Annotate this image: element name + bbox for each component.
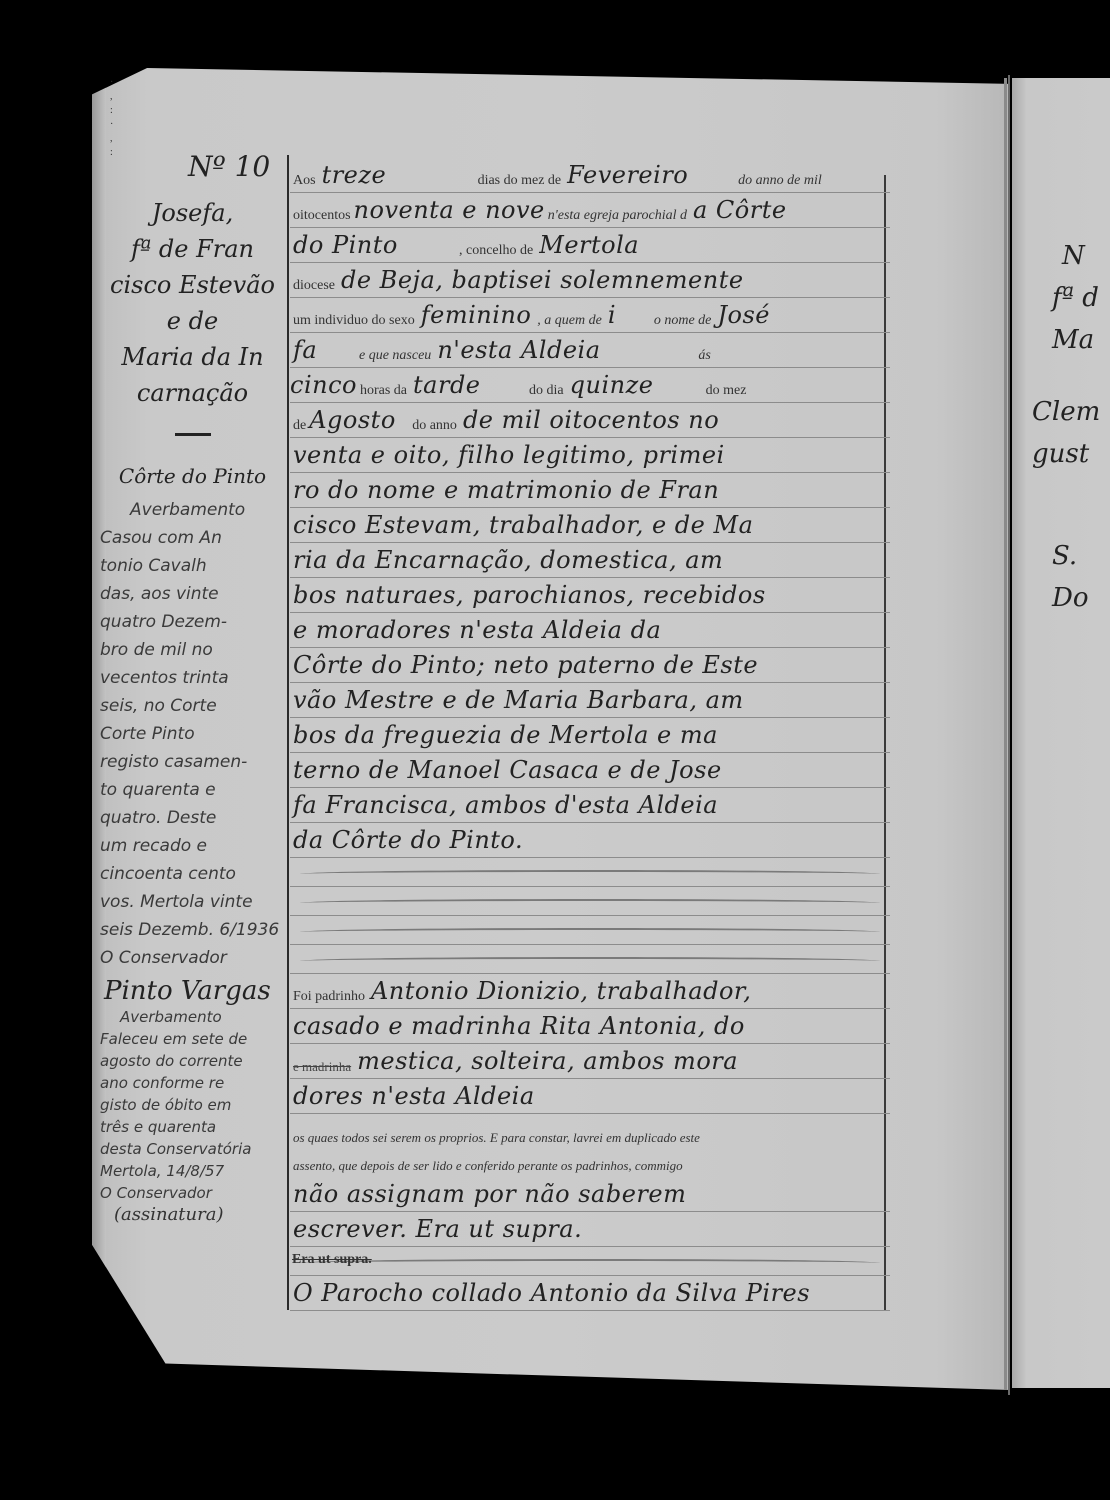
- margin-name-line: carnação: [100, 375, 285, 411]
- margin-divider: [175, 433, 211, 436]
- record-line: oitocentos noventa e nove n'esta egreja …: [290, 193, 890, 228]
- record-line: um individuo do sexo feminino , a quem d…: [290, 298, 890, 333]
- record-line: Aos treze dias do mez de Fevereiro do an…: [290, 158, 890, 193]
- record-body: Aos treze dias do mez de Fevereiro do an…: [290, 158, 890, 1311]
- margin-name-line: Maria da In: [100, 339, 285, 375]
- margin-column: Nº 10 Josefa, fª de Fran cisco Estevão e…: [100, 150, 285, 1225]
- record-line: de Agosto do anno de mil oitocentos no: [290, 403, 890, 438]
- printed-closing-line: os quaes todos sei serem os proprios. E …: [290, 1114, 890, 1149]
- fill-flourish: [290, 945, 890, 974]
- fill-flourish: [290, 916, 890, 945]
- page-spine: [1004, 78, 1007, 1390]
- fill-flourish: [290, 887, 890, 916]
- margin-signature-2: (assinatura): [114, 1204, 285, 1225]
- handwritten-closing-line: não assignam por não saberem: [290, 1177, 890, 1212]
- record-line: fa e que nasceu n'esta Aldeia ás: [290, 333, 890, 368]
- handwritten-paragraph: venta e oito, filho legitimo, primei ro …: [290, 438, 890, 858]
- margin-name-line: fª de Fran: [100, 231, 285, 267]
- corner-marks: ·,:·,:: [110, 76, 130, 160]
- margin-name-line: Josefa,: [100, 195, 285, 231]
- struck-footer: Era ut supra.: [292, 1252, 372, 1268]
- margin-name-line: cisco Estevão: [100, 267, 285, 303]
- fill-flourish: [290, 1247, 890, 1276]
- priest-signature: O Parocho collado Antonio da Silva Pires: [290, 1276, 890, 1311]
- godparents-section: Foi padrinho Antonio Dionizio, trabalhad…: [290, 974, 890, 1114]
- margin-annotation-1: Averbamento Casou com An tonio Cavalh da…: [100, 496, 285, 972]
- printed-closing-line: assento, que depois de ser lido e confer…: [290, 1149, 890, 1177]
- record-line: diocese de Beja, baptisei solemnemente: [290, 263, 890, 298]
- entry-number: Nº 10: [188, 150, 285, 183]
- record-line: cinco horas da tarde do dia quinze do me…: [290, 368, 890, 403]
- margin-annotation-2: Averbamento Faleceu em sete de agosto do…: [100, 1006, 285, 1204]
- right-page-fragments: N fª d Ma Clem gust S. Do: [1032, 235, 1110, 619]
- handwritten-closing-line: escrever. Era ut supra.: [290, 1212, 890, 1247]
- gutter-line: [1008, 75, 1010, 1395]
- fill-flourish: [290, 858, 890, 887]
- margin-place: Côrte do Pinto: [100, 458, 285, 494]
- margin-column-rule: [287, 155, 289, 1310]
- margin-signature-1: Pinto Vargas: [104, 976, 285, 1006]
- margin-name-line: e de: [100, 303, 285, 339]
- record-line: do Pinto , concelho de Mertola: [290, 228, 890, 263]
